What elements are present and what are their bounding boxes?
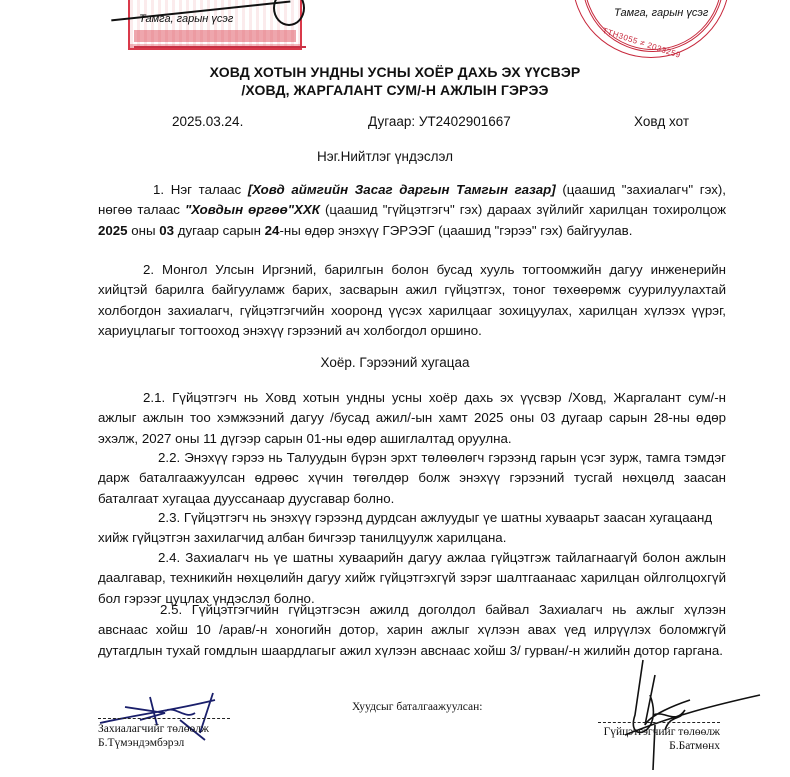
p1-text: 1. Нэг талаас: [153, 182, 248, 197]
client-signature-line: [98, 718, 230, 719]
contract-place: Ховд хот: [634, 114, 689, 129]
page-verified-label: Хуудсыг баталгаажуулсан:: [352, 700, 482, 714]
left-stamp-line: [134, 46, 306, 48]
contract-number: Дугаар: УТ2402901667: [368, 114, 511, 129]
p1-text: (цаашид "гүйцэтгэгч" гэх) дараах зүйлийг…: [320, 202, 726, 217]
p1-day: 24: [265, 223, 280, 238]
right-stamp-label: Тамга, гарын үсэг: [614, 7, 708, 19]
contractor-signature-block: Гүйцэтгэгчийг төлөөлж Б.Батмөнх: [598, 722, 720, 753]
contractor-signature-line: [598, 722, 720, 723]
section1-paragraph2: 2. Монгол Улсын Иргэний, барилгын болон …: [98, 260, 726, 342]
contractor-role: Гүйцэтгэгчийг төлөөлж: [598, 725, 720, 739]
section2-title: Хоёр. Гэрээний хугацаа: [0, 355, 790, 370]
p1-text: -ны өдөр энэхүү ГЭРЭЭГ (цаашид "гэрээ" г…: [279, 223, 632, 238]
clause-2-3: 2.3. Гүйцэтгэгч нь энэхүү гэрээнд дурдса…: [98, 508, 726, 549]
clause-2-2: 2.2. Энэхүү гэрээ нь Талуудын бүрэн эрхт…: [98, 448, 726, 509]
client-representative: Б.Түмэндэмбэрэл: [98, 736, 230, 750]
contractor-name: "Ховдын өргөө"ХХК: [185, 202, 320, 217]
left-stamp-label: Тамга, гарын үсэг: [139, 13, 233, 25]
clause-2-1: 2.1. Гүйцэтгэгч нь Ховд хотын ундны усны…: [98, 388, 726, 449]
client-role: Захиалагчийг төлөөлж: [98, 722, 230, 736]
client-signature-block: Захиалагчийг төлөөлж Б.Түмэндэмбэрэл: [98, 718, 230, 750]
contractor-signature: [595, 655, 765, 775]
client-name: [Ховд аймгийн Засаг даргын Тамгын газар]: [248, 182, 556, 197]
contractor-representative: Б.Батмөнх: [598, 739, 720, 753]
p1-year: 2025: [98, 223, 128, 238]
contract-date: 2025.03.24.: [172, 114, 243, 129]
p1-text: оны: [128, 223, 160, 238]
section1-paragraph1: 1. Нэг талаас [Ховд аймгийн Засаг даргын…: [98, 180, 726, 241]
document-title-line1: ХОВД ХОТЫН УНДНЫ УСНЫ ХОЁР ДАХЬ ЭХ ҮҮСВЭ…: [0, 64, 790, 80]
p1-month: 03: [159, 223, 174, 238]
clause-2-5: 2.5. Гүйцэтгэгчийн гүйцэтгэсэн ажилд дог…: [98, 600, 726, 661]
section1-title: Нэг.Нийтлэг үндэслэл: [0, 149, 780, 164]
document-title-line2: /ХОВД, ЖАРГАЛАНТ СУМ/-Н АЖЛЫН ГЭРЭЭ: [0, 82, 790, 98]
p1-text: дугаар сарын: [174, 223, 265, 238]
